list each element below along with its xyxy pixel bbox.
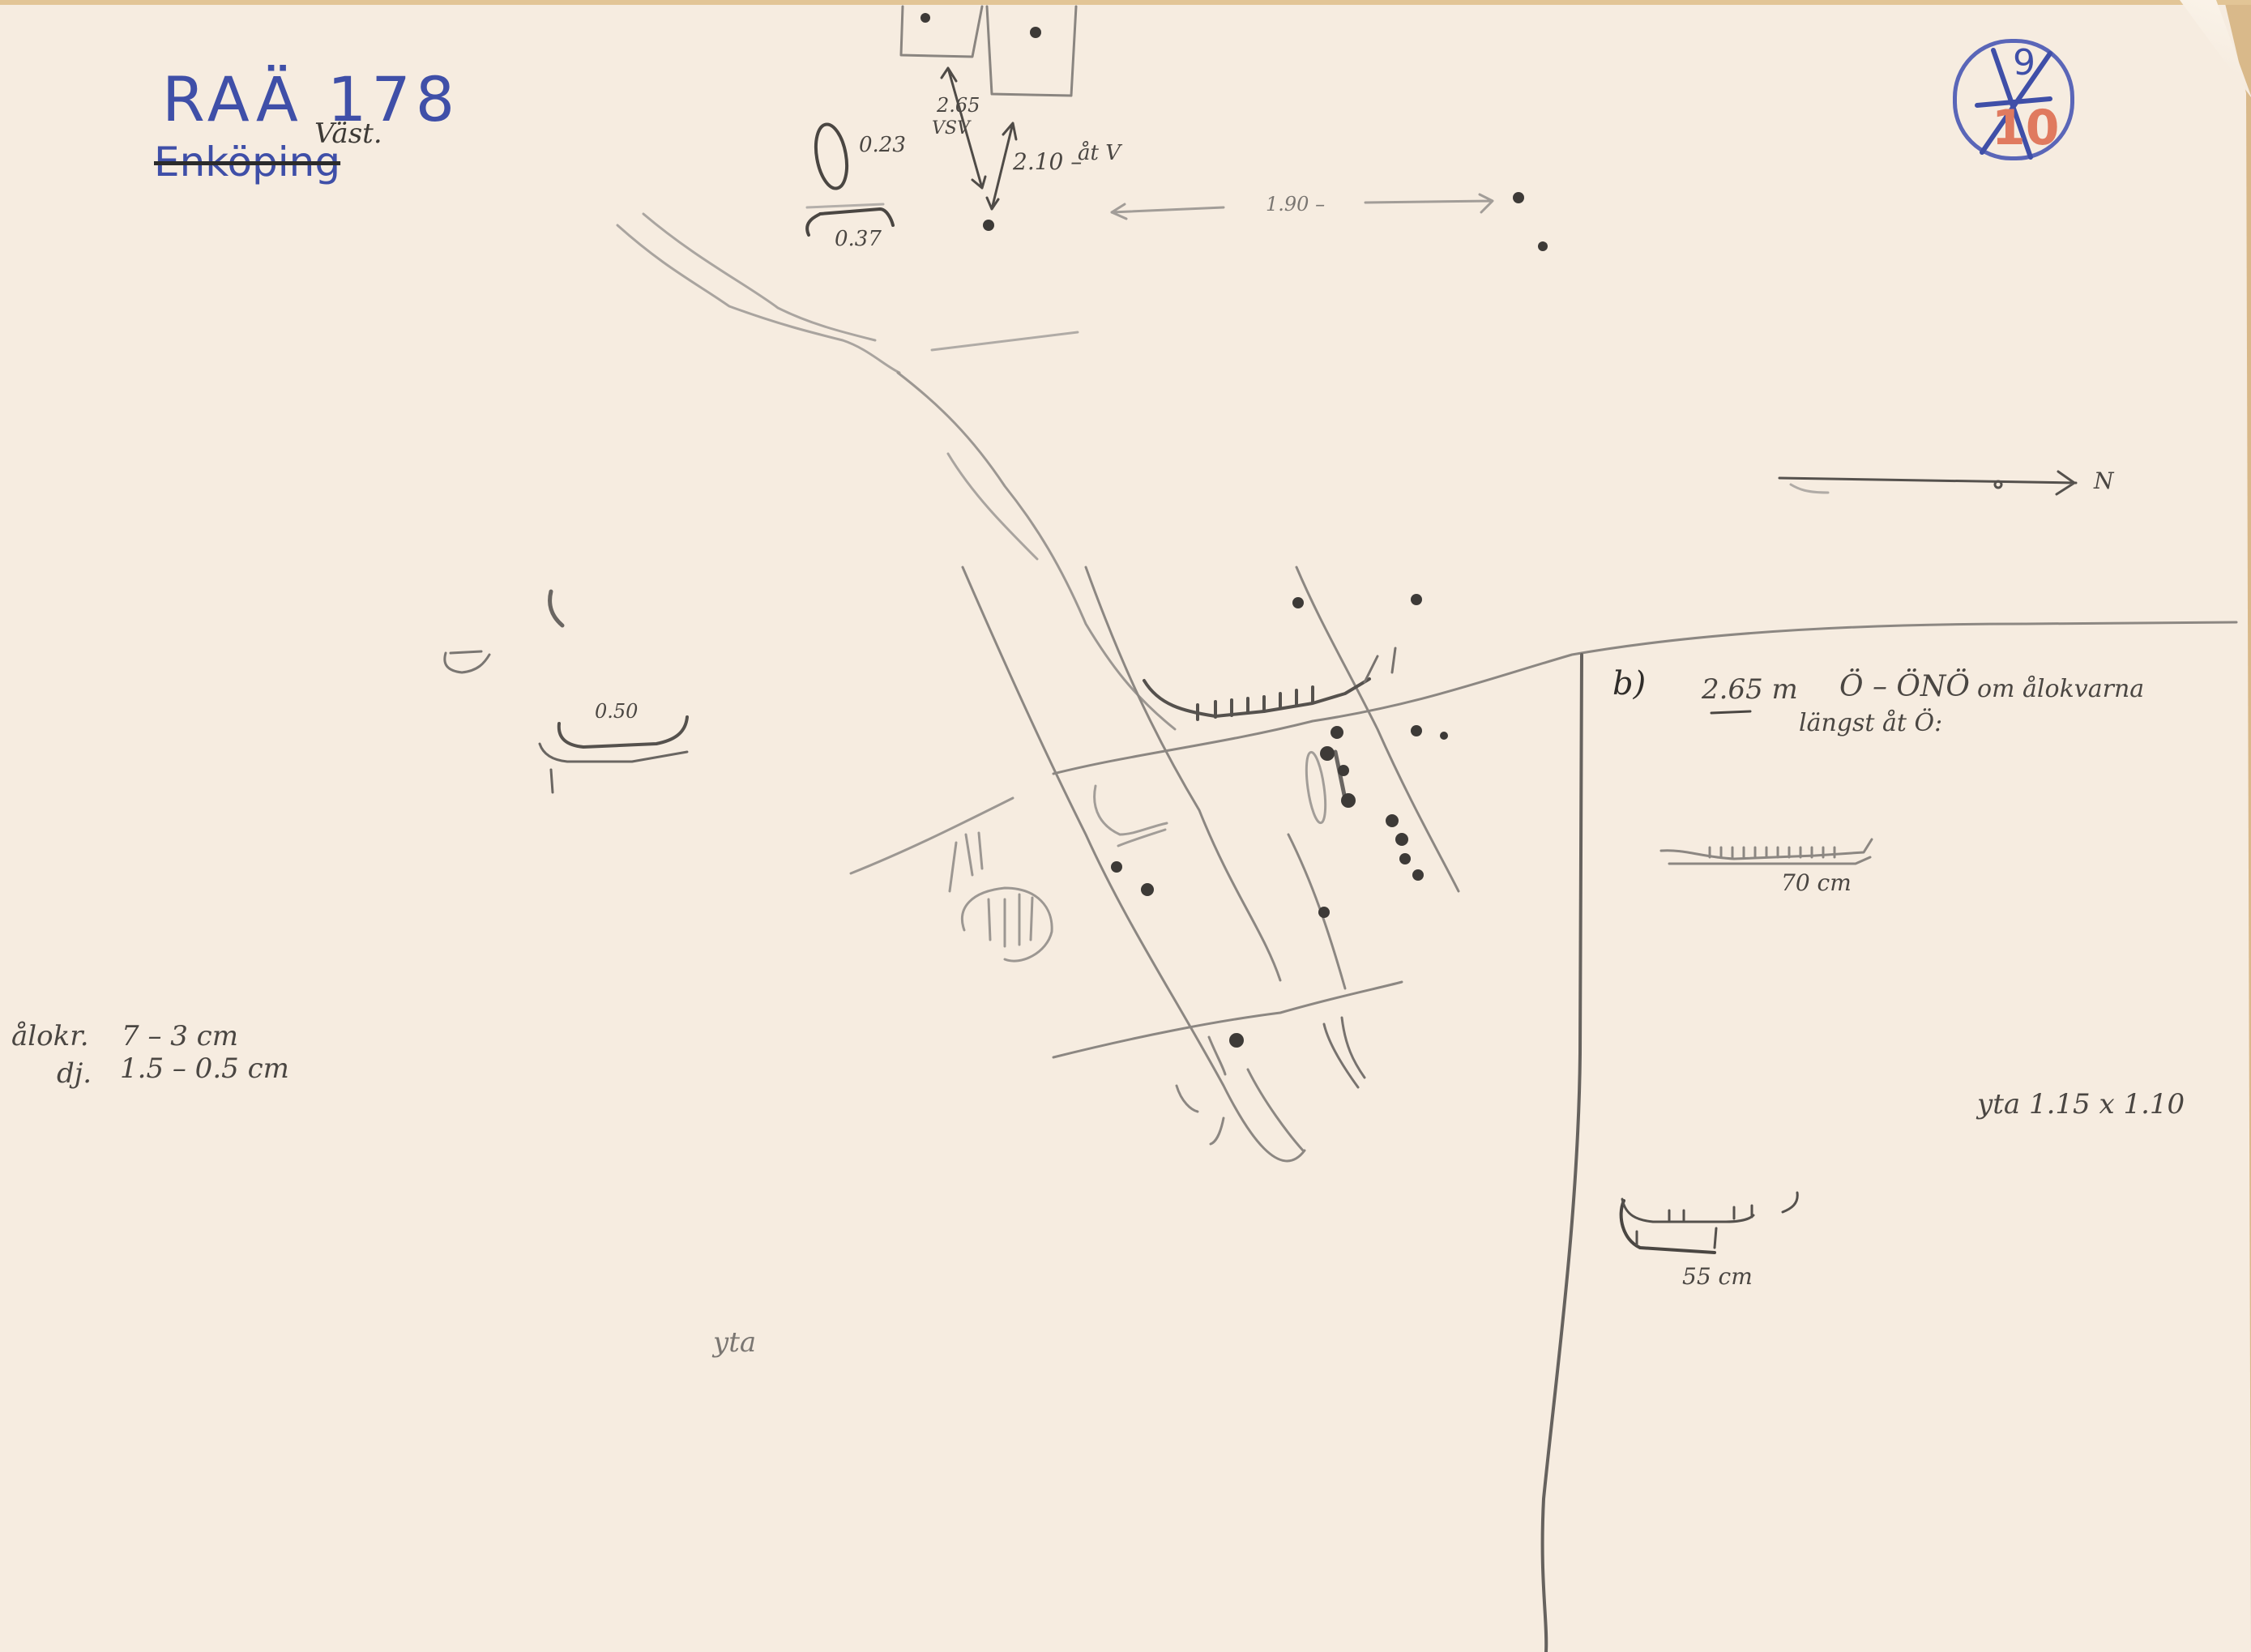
distance-vsv-label: 2.65: [937, 96, 980, 115]
line-cross-2: [851, 798, 1013, 873]
line-cross-3: [1053, 982, 1402, 1057]
north-label: N: [2094, 470, 2114, 493]
direction-label: Ö – ÖNÖ: [1839, 672, 1970, 702]
panel-divider: [1543, 655, 1582, 1652]
boat-55cm: [1621, 1201, 1715, 1253]
note-line1-value: 7 – 3 cm: [122, 1022, 238, 1050]
boat-050-label: 0.50: [595, 702, 638, 721]
oval-shape: [811, 122, 851, 190]
note-line1-prefix: ålokr.: [11, 1022, 89, 1050]
horizontal-distance-label: 1.90 –: [1266, 194, 1325, 214]
arrow-v: [987, 123, 1016, 209]
distance-265-label: 2.65 m: [1702, 676, 1798, 703]
line-diag-1: [963, 567, 1305, 1161]
item-label-b: b): [1612, 668, 1646, 700]
top-box-left: [901, 6, 982, 57]
direction-v-label: åt V: [1078, 143, 1121, 164]
line-diag-2: [1086, 567, 1280, 980]
line-diag-4: [1288, 835, 1345, 988]
distance-v-label: 2.10 –: [1013, 151, 1082, 173]
top-box-right: [987, 6, 1076, 96]
arrow-190-right: [1365, 194, 1493, 212]
site-id: RAÄ 178: [162, 69, 459, 130]
small-cup-mark: [445, 651, 489, 672]
parish-struck: Enköping: [154, 142, 340, 182]
hatched-figure: [962, 888, 1052, 961]
note-line2-prefix: dj.: [57, 1060, 92, 1087]
surface-label-right: yta 1.15 x 1.10: [1977, 1091, 2185, 1118]
boat-70cm-label: 70 cm: [1781, 872, 1852, 894]
parish-added: Väst.: [314, 120, 382, 147]
bracket-size-label: 0.37: [835, 228, 882, 250]
stamp-number-new: 10: [1992, 104, 2060, 152]
surface-label-left: yta: [713, 1329, 756, 1356]
north-arrow-line: [1779, 472, 2076, 494]
note-line1: om ålokvarna: [1977, 677, 2144, 702]
line-diag-3: [1296, 567, 1459, 891]
boat-central: [1144, 679, 1369, 716]
note-line2-value: 1.5 – 0.5 cm: [120, 1055, 289, 1082]
arrow-190-left: [1112, 204, 1224, 219]
oval-size-label: 0.23: [859, 134, 906, 156]
boat-55cm-label: 55 cm: [1682, 1266, 1753, 1288]
stamp-number-old: 9: [2013, 45, 2035, 81]
sketch-drawing: [0, 0, 2251, 1652]
direction-vsv-label: VSV: [932, 120, 970, 138]
crescent-mark: [550, 591, 562, 625]
note-line2: längst åt Ö:: [1799, 711, 1942, 736]
